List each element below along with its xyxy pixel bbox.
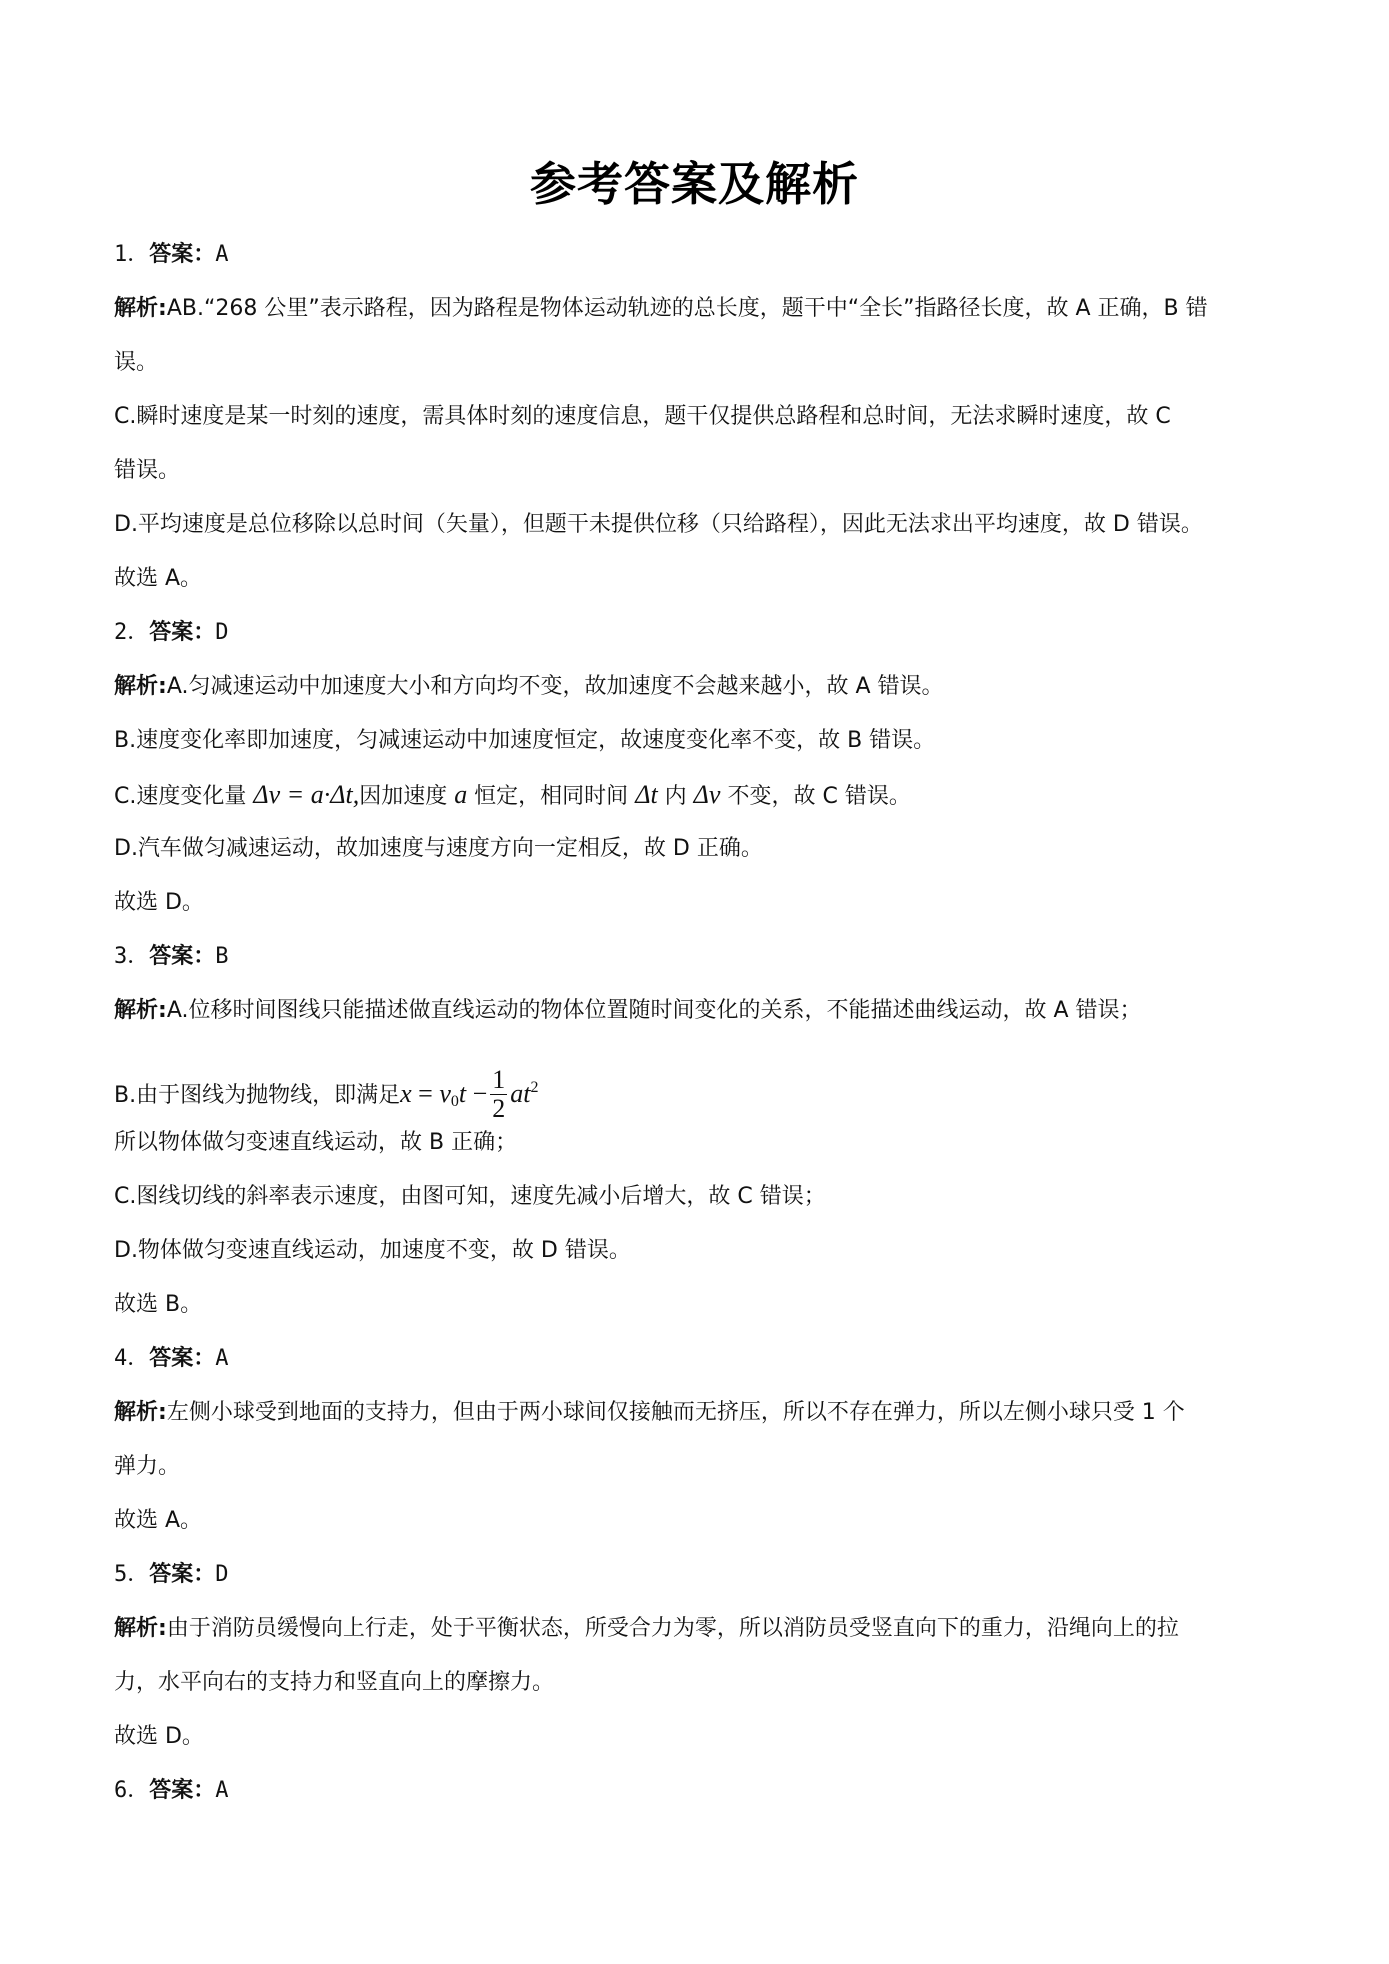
answer-sheet-page: 参考答案及解析 1．答案：A 解析:AB.“268 公里”表示路程，因为路程是物… xyxy=(0,0,1389,1964)
q2-c-mid2: 恒定，相同时间 xyxy=(467,784,635,809)
q6-answer-label: 答案： xyxy=(149,1778,215,1803)
formula-x: x xyxy=(400,1079,412,1108)
q1-analysis-line-1: 解析:AB.“268 公里”表示路程，因为路程是物体运动轨迹的总长度，题干中“全… xyxy=(114,294,1208,324)
formula-exponent: 2 xyxy=(531,1079,539,1096)
q2-c-var-dv: Δv xyxy=(694,780,721,809)
q3-analysis-line-4: C.图线切线的斜率表示速度，由图可知，速度先减小后增大，故 C 错误； xyxy=(114,1182,826,1212)
q4-analysis-label: 解析: xyxy=(114,1400,167,1425)
q5-conclusion: 故选 D。 xyxy=(114,1722,204,1752)
q3-analysis-label: 解析: xyxy=(114,998,167,1023)
q4-analysis-line-1: 解析:左侧小球受到地面的支持力，但由于两小球间仅接触而无挤压，所以不存在弹力，所… xyxy=(114,1398,1185,1428)
q3-analysis-line-2: B.由于图线为抛物线，即满足x = v0t −12at2 xyxy=(114,1058,539,1118)
q1-answer-label: 答案： xyxy=(149,242,215,267)
q3-answer-header: 3．答案：B xyxy=(114,942,229,972)
q3-answer-label: 答案： xyxy=(149,944,215,969)
q3-answer-value: B xyxy=(215,944,228,969)
q4-answer-label: 答案： xyxy=(149,1346,215,1371)
formula-minus: − xyxy=(473,1079,488,1108)
q2-c-mid3: 内 xyxy=(658,784,694,809)
q2-analysis-line-4: D.汽车做匀减速运动，故加速度与速度方向一定相反，故 D 正确。 xyxy=(114,834,763,864)
q3-parabola-formula: x = v0t −12at2 xyxy=(400,1079,538,1108)
q4-answer-header: 4．答案：A xyxy=(114,1344,229,1374)
q1-answer-value: A xyxy=(215,242,228,267)
q4-number: 4． xyxy=(114,1346,149,1371)
formula-v-sub: 0 xyxy=(451,1093,459,1110)
q6-answer-value: A xyxy=(215,1778,228,1803)
q2-analysis-line-3: C.速度变化量 Δv = a·Δt,因加速度 a 恒定，相同时间 Δt 内 Δv… xyxy=(114,780,911,812)
q2-analysis-line-2: B.速度变化率即加速度，匀减速运动中加速度恒定，故速度变化率不变，故 B 错误。 xyxy=(114,726,935,756)
q2-number: 2． xyxy=(114,620,149,645)
q4-text-1: 左侧小球受到地面的支持力，但由于两小球间仅接触而无挤压，所以不存在弹力，所以左侧… xyxy=(167,1400,1185,1425)
fraction-numerator: 1 xyxy=(490,1066,507,1095)
q2-answer-label: 答案： xyxy=(149,620,215,645)
q3-text-1: A.位移时间图线只能描述做直线运动的物体位置随时间变化的关系，不能描述曲线运动，… xyxy=(167,998,1142,1023)
q1-analysis-line-2: 误。 xyxy=(114,348,158,378)
q4-conclusion: 故选 A。 xyxy=(114,1506,202,1536)
q4-analysis-line-2: 弹力。 xyxy=(114,1452,180,1482)
q3-analysis-line-5: D.物体做匀变速直线运动，加速度不变，故 D 错误。 xyxy=(114,1236,631,1266)
formula-fraction: 12 xyxy=(490,1066,507,1123)
q5-analysis-line-1: 解析:由于消防员缓慢向上行走，处于平衡状态，所受合力为零，所以消防员受竖直向下的… xyxy=(114,1614,1179,1644)
q5-answer-label: 答案： xyxy=(149,1562,215,1587)
q1-number: 1． xyxy=(114,242,149,267)
q2-c-mid1: 因加速度 xyxy=(359,784,454,809)
q1-text-1: AB.“268 公里”表示路程，因为路程是物体运动轨迹的总长度，题干中“全长”指… xyxy=(167,296,1208,321)
q2-c-formula: Δv = a·Δt, xyxy=(253,780,359,809)
q1-analysis-label: 解析: xyxy=(114,296,167,321)
q5-answer-value: D xyxy=(215,1562,228,1587)
q4-answer-value: A xyxy=(215,1346,228,1371)
formula-v: v xyxy=(439,1079,451,1108)
q2-c-var-dt: Δt xyxy=(635,780,657,809)
q1-analysis-line-3: C.瞬时速度是某一时刻的速度，需具体时刻的速度信息，题干仅提供总路程和总时间，无… xyxy=(114,402,1171,432)
q1-answer-header: 1．答案：A xyxy=(114,240,229,270)
q3-analysis-line-3: 所以物体做匀变速直线运动，故 B 正确； xyxy=(114,1128,517,1158)
q2-c-var-a: a xyxy=(454,780,467,809)
q3-b-text: B.由于图线为抛物线，即满足 xyxy=(114,1083,400,1108)
q5-number: 5． xyxy=(114,1562,149,1587)
q2-c-prefix: C.速度变化量 xyxy=(114,784,253,809)
q2-analysis-label: 解析: xyxy=(114,674,167,699)
q1-analysis-line-4: 错误。 xyxy=(114,456,180,486)
q2-analysis-line-1: 解析:A.匀减速运动中加速度大小和方向均不变，故加速度不会越来越小，故 A 错误… xyxy=(114,672,944,702)
q2-text-1: A.匀减速运动中加速度大小和方向均不变，故加速度不会越来越小，故 A 错误。 xyxy=(167,674,944,699)
q1-analysis-line-5: D.平均速度是总位移除以总时间（矢量），但题干未提供位移（只给路程），因此无法求… xyxy=(114,510,1203,540)
q2-answer-value: D xyxy=(215,620,228,645)
formula-eq: = xyxy=(418,1079,433,1108)
formula-t: t xyxy=(459,1079,466,1108)
q5-text-1: 由于消防员缓慢向上行走，处于平衡状态，所受合力为零，所以消防员受竖直向下的重力，… xyxy=(167,1616,1179,1641)
q6-number: 6． xyxy=(114,1778,149,1803)
formula-at: at xyxy=(510,1079,530,1108)
q6-answer-header: 6．答案：A xyxy=(114,1776,229,1806)
q3-analysis-line-1: 解析:A.位移时间图线只能描述做直线运动的物体位置随时间变化的关系，不能描述曲线… xyxy=(114,996,1142,1026)
fraction-denominator: 2 xyxy=(490,1095,507,1123)
page-title: 参考答案及解析 xyxy=(0,148,1389,214)
q5-answer-header: 5．答案：D xyxy=(114,1560,229,1590)
q1-conclusion: 故选 A。 xyxy=(114,564,202,594)
q2-c-suffix: 不变，故 C 错误。 xyxy=(720,784,910,809)
q3-conclusion: 故选 B。 xyxy=(114,1290,202,1320)
q2-conclusion: 故选 D。 xyxy=(114,888,204,918)
q5-analysis-label: 解析: xyxy=(114,1616,167,1641)
q2-answer-header: 2．答案：D xyxy=(114,618,229,648)
q5-analysis-line-2: 力，水平向右的支持力和竖直向上的摩擦力。 xyxy=(114,1668,554,1698)
q3-number: 3． xyxy=(114,944,149,969)
